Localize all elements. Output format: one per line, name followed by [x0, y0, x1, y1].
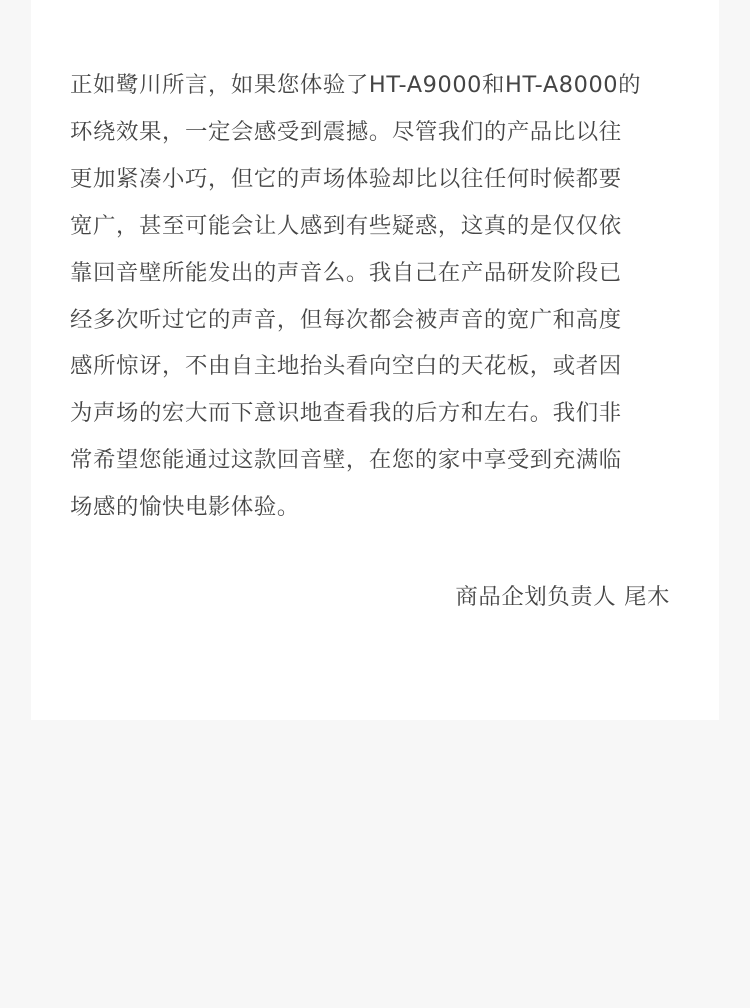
- paragraph-line: 为声场的宏大而下意识地查看我的后方和左右。我们非: [70, 390, 682, 437]
- paragraph-line: 经多次听过它的声音，但每次都会被声音的宽广和高度: [70, 297, 682, 344]
- article-card: 正如鹭川所言，如果您体验了HT-A9000和HT-A8000的 环绕效果，一定会…: [31, 0, 719, 720]
- paragraph-line: 靠回音壁所能发出的声音么。我自己在产品研发阶段已: [70, 250, 682, 297]
- paragraph-line: 场感的愉快电影体验。: [70, 484, 682, 531]
- paragraph-line: 常希望您能通过这款回音壁，在您的家中享受到充满临: [70, 437, 682, 484]
- paragraph-line: 宽广，甚至可能会让人感到有些疑惑，这真的是仅仅依: [70, 203, 682, 250]
- paragraph-line: 更加紧凑小巧，但它的声场体验却比以往任何时候都要: [70, 156, 682, 203]
- paragraph-line: 感所惊讶，不由自主地抬头看向空白的天花板，或者因: [70, 343, 682, 390]
- author-signature: 商品企划负责人 尾木: [455, 574, 670, 620]
- paragraph-line: 环绕效果，一定会感受到震撼。尽管我们的产品比以往: [70, 109, 682, 156]
- article-paragraph: 正如鹭川所言，如果您体验了HT-A9000和HT-A8000的 环绕效果，一定会…: [70, 62, 682, 531]
- paragraph-line: 正如鹭川所言，如果您体验了HT-A9000和HT-A8000的: [70, 62, 682, 109]
